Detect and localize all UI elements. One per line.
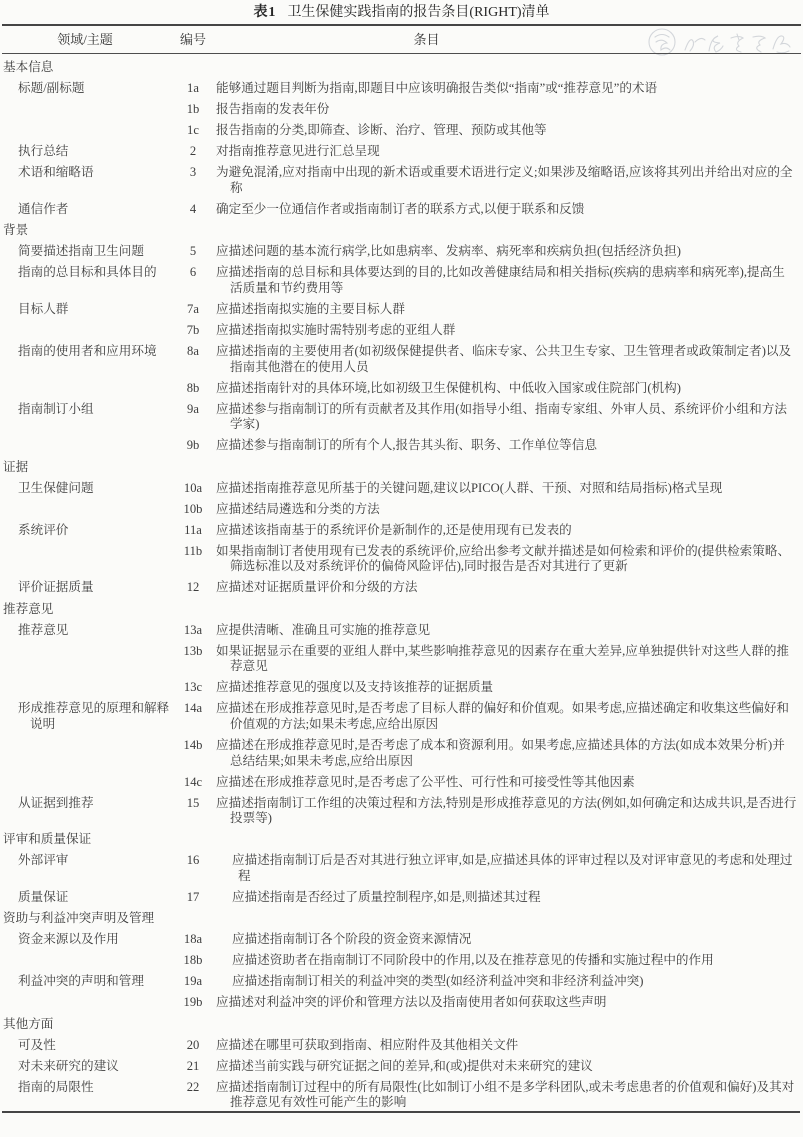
item-text-cell: 确定至少一位通信作者或指南制订者的联系方式,以便于联系和反馈 xyxy=(216,202,803,218)
item-number-cell: 11a xyxy=(170,523,216,539)
section-header: 基本信息 xyxy=(0,60,803,76)
table-caption-label: 表1 xyxy=(253,5,276,20)
domain-topic-cell xyxy=(0,953,170,969)
item-number-cell: 4 xyxy=(170,202,216,218)
item-text-cell: 为避免混淆,应对指南中出现的新术语或重要术语进行定义;如果涉及缩略语,应该将其列… xyxy=(216,165,803,196)
section-header: 评审和质量保证 xyxy=(0,832,803,848)
item-number-cell: 13b xyxy=(170,644,216,675)
table-top-rule xyxy=(2,24,801,26)
item-text-cell: 如果证据显示在重要的亚组人群中,某些影响推荐意见的因素存在重大差异,应单独提供针… xyxy=(216,644,803,675)
domain-topic-cell: 指南制订小组 xyxy=(0,402,170,433)
item-text-cell: 应描述资助者在指南制订不同阶段中的作用,以及在推荐意见的传播和实施过程中的作用 xyxy=(216,953,803,969)
table-row: 质量保证17应描述指南是否经过了质量控制程序,如是,则描述其过程 xyxy=(0,890,803,906)
item-number-cell: 18b xyxy=(170,953,216,969)
item-number-cell: 10a xyxy=(170,481,216,497)
item-text-cell: 对指南推荐意见进行汇总呈现 xyxy=(216,144,803,160)
item-text-cell: 应描述指南制订工作组的决策过程和方法,特别是形成推荐意见的方法(例如,如何确定和… xyxy=(216,796,803,827)
table-row: 从证据到推荐15应描述指南制订工作组的决策过程和方法,特别是形成推荐意见的方法(… xyxy=(0,796,803,827)
domain-topic-cell: 质量保证 xyxy=(0,890,170,906)
table-caption-text: 卫生保健实践指南的报告条目(RIGHT)清单 xyxy=(287,5,549,20)
table-row: 目标人群7a应描述指南拟实施的主要目标人群 xyxy=(0,302,803,318)
item-text-cell: 应描述指南是否经过了质量控制程序,如是,则描述其过程 xyxy=(216,890,803,906)
table-row: 通信作者4确定至少一位通信作者或指南制订者的联系方式,以便于联系和反馈 xyxy=(0,202,803,218)
item-number-cell: 3 xyxy=(170,165,216,196)
table-row: 指南的使用者和应用环境8a应描述指南的主要使用者(如初级保健提供者、临床专家、公… xyxy=(0,344,803,375)
item-text-cell: 如果指南制订者使用现有已发表的系统评价,应给出参考文献并描述是如何检索和评价的(… xyxy=(216,544,803,575)
item-number-cell: 8b xyxy=(170,381,216,397)
item-text-cell: 应描述参与指南制订的所有贡献者及其作用(如指导小组、指南专家组、外审人员、系统评… xyxy=(216,402,803,433)
item-text-cell: 应描述当前实践与研究证据之间的差异,和(或)提供对未来研究的建议 xyxy=(216,1059,803,1075)
domain-topic-cell: 执行总结 xyxy=(0,144,170,160)
item-number-cell: 17 xyxy=(170,890,216,906)
table-body: 基本信息标题/副标题1a能够通过题目判断为指南,即题目中应该明确报告类似“指南”… xyxy=(0,54,803,1111)
section-header: 资助与利益冲突声明及管理 xyxy=(0,911,803,927)
item-text-cell: 应描述在形成推荐意见时,是否考虑了公平性、可行性和可接受性等其他因素 xyxy=(216,775,803,791)
item-number-cell: 13a xyxy=(170,623,216,639)
item-number-cell: 8a xyxy=(170,344,216,375)
item-text-cell: 应描述在形成推荐意见时,是否考虑了目标人群的偏好和价值观。如果考虑,应描述确定和… xyxy=(216,701,803,732)
item-text-cell: 应描述结局遴选和分类的方法 xyxy=(216,502,803,518)
item-text-cell: 应描述对证据质量评价和分级的方法 xyxy=(216,580,803,596)
table-row: 7b应描述指南拟实施时需特别考虑的亚组人群 xyxy=(0,323,803,339)
domain-topic-cell: 简要描述指南卫生问题 xyxy=(0,244,170,260)
item-number-cell: 12 xyxy=(170,580,216,596)
table-row: 简要描述指南卫生问题5应描述问题的基本流行病学,比如患病率、发病率、病死率和疾病… xyxy=(0,244,803,260)
table-row: 卫生保健问题10a应描述指南推荐意见所基于的关键问题,建议以PICO(人群、干预… xyxy=(0,481,803,497)
table-row: 指南的局限性22应描述指南制订过程中的所有局限性(比如制订小组不是多学科团队,或… xyxy=(0,1080,803,1111)
domain-topic-cell xyxy=(0,381,170,397)
item-number-cell: 15 xyxy=(170,796,216,827)
table-header-rule xyxy=(2,53,801,54)
item-number-cell: 1b xyxy=(170,102,216,118)
table-row: 14b应描述在形成推荐意见时,是否考虑了成本和资源利用。如果考虑,应描述具体的方… xyxy=(0,738,803,769)
domain-topic-cell xyxy=(0,544,170,575)
table-row: 指南制订小组9a应描述参与指南制订的所有贡献者及其作用(如指导小组、指南专家组、… xyxy=(0,402,803,433)
table-row: 10b应描述结局遴选和分类的方法 xyxy=(0,502,803,518)
item-text-cell: 报告指南的发表年份 xyxy=(216,102,803,118)
item-number-cell: 19b xyxy=(170,995,216,1011)
domain-topic-cell xyxy=(0,738,170,769)
domain-topic-cell: 系统评价 xyxy=(0,523,170,539)
column-header-domain-topic: 领域/主题 xyxy=(0,33,170,47)
item-number-cell: 22 xyxy=(170,1080,216,1111)
item-number-cell: 9b xyxy=(170,438,216,454)
item-text-cell: 应描述对利益冲突的评价和管理方法以及指南使用者如何获取这些声明 xyxy=(216,995,803,1011)
item-number-cell: 9a xyxy=(170,402,216,433)
table-row: 术语和缩略语3为避免混淆,应对指南中出现的新术语或重要术语进行定义;如果涉及缩略… xyxy=(0,165,803,196)
domain-topic-cell: 指南的局限性 xyxy=(0,1080,170,1111)
domain-topic-cell: 指南的使用者和应用环境 xyxy=(0,344,170,375)
table-row: 资金来源以及作用18a应描述指南制订各个阶段的资金资来源情况 xyxy=(0,932,803,948)
domain-topic-cell xyxy=(0,995,170,1011)
section-header: 证据 xyxy=(0,460,803,476)
item-number-cell: 14a xyxy=(170,701,216,732)
table-row: 评价证据质量12应描述对证据质量评价和分级的方法 xyxy=(0,580,803,596)
domain-topic-cell: 目标人群 xyxy=(0,302,170,318)
item-text-cell: 应提供清晰、准确且可实施的推荐意见 xyxy=(216,623,803,639)
item-text-cell: 应描述指南的总目标和具体要达到的目的,比如改善健康结局和相关指标(疾病的患病率和… xyxy=(216,265,803,296)
domain-topic-cell xyxy=(0,438,170,454)
domain-topic-cell: 利益冲突的声明和管理 xyxy=(0,974,170,990)
item-number-cell: 13c xyxy=(170,680,216,696)
item-text-cell: 应描述参与指南制订的所有个人,报告其头衔、职务、工作单位等信息 xyxy=(216,438,803,454)
item-number-cell: 20 xyxy=(170,1038,216,1054)
table-row: 9b应描述参与指南制订的所有个人,报告其头衔、职务、工作单位等信息 xyxy=(0,438,803,454)
domain-topic-cell: 资金来源以及作用 xyxy=(0,932,170,948)
item-text-cell: 应描述指南制订相关的利益冲突的类型(如经济利益冲突和非经济利益冲突) xyxy=(216,974,803,990)
table-row: 对未来研究的建议21应描述当前实践与研究证据之间的差异,和(或)提供对未来研究的… xyxy=(0,1059,803,1075)
table-row: 利益冲突的声明和管理19a应描述指南制订相关的利益冲突的类型(如经济利益冲突和非… xyxy=(0,974,803,990)
column-header-item: 条目 xyxy=(216,33,803,47)
item-number-cell: 7b xyxy=(170,323,216,339)
table-row: 11b如果指南制订者使用现有已发表的系统评价,应给出参考文献并描述是如何检索和评… xyxy=(0,544,803,575)
table-caption: 表1卫生保健实践指南的报告条目(RIGHT)清单 xyxy=(0,0,803,21)
item-text-cell: 应描述指南的主要使用者(如初级保健提供者、临床专家、公共卫生专家、卫生管理者或政… xyxy=(216,344,803,375)
item-number-cell: 18a xyxy=(170,932,216,948)
table-row: 1c报告指南的分类,即筛查、诊断、治疗、管理、预防或其他等 xyxy=(0,123,803,139)
table-row: 13c应描述推荐意见的强度以及支持该推荐的证据质量 xyxy=(0,680,803,696)
item-number-cell: 7a xyxy=(170,302,216,318)
item-number-cell: 14b xyxy=(170,738,216,769)
domain-topic-cell: 标题/副标题 xyxy=(0,81,170,97)
item-text-cell: 应描述在形成推荐意见时,是否考虑了成本和资源利用。如果考虑,应描述具体的方法(如… xyxy=(216,738,803,769)
domain-topic-cell xyxy=(0,323,170,339)
domain-topic-cell: 指南的总目标和具体目的 xyxy=(0,265,170,296)
table-header-row: 领域/主题 编号 条目 xyxy=(0,26,803,53)
table-row: 外部评审16应描述指南制订后是否对其进行独立评审,如是,应描述具体的评审过程以及… xyxy=(0,853,803,884)
section-header: 背景 xyxy=(0,223,803,239)
table-row: 1b报告指南的发表年份 xyxy=(0,102,803,118)
domain-topic-cell: 术语和缩略语 xyxy=(0,165,170,196)
item-text-cell: 应描述指南制订后是否对其进行独立评审,如是,应描述具体的评审过程以及对评审意见的… xyxy=(216,853,803,884)
section-header: 推荐意见 xyxy=(0,602,803,618)
item-text-cell: 应描述指南制订各个阶段的资金资来源情况 xyxy=(216,932,803,948)
table-row: 推荐意见13a应提供清晰、准确且可实施的推荐意见 xyxy=(0,623,803,639)
item-text-cell: 应描述该指南基于的系统评价是新制作的,还是使用现有已发表的 xyxy=(216,523,803,539)
domain-topic-cell: 对未来研究的建议 xyxy=(0,1059,170,1075)
domain-topic-cell xyxy=(0,775,170,791)
domain-topic-cell xyxy=(0,502,170,518)
table-row: 14c应描述在形成推荐意见时,是否考虑了公平性、可行性和可接受性等其他因素 xyxy=(0,775,803,791)
table-row: 19b应描述对利益冲突的评价和管理方法以及指南使用者如何获取这些声明 xyxy=(0,995,803,1011)
table-row: 18b应描述资助者在指南制订不同阶段中的作用,以及在推荐意见的传播和实施过程中的… xyxy=(0,953,803,969)
table-row: 标题/副标题1a能够通过题目判断为指南,即题目中应该明确报告类似“指南”或“推荐… xyxy=(0,81,803,97)
table-row: 系统评价11a应描述该指南基于的系统评价是新制作的,还是使用现有已发表的 xyxy=(0,523,803,539)
item-text-cell: 应描述指南拟实施的主要目标人群 xyxy=(216,302,803,318)
domain-topic-cell xyxy=(0,644,170,675)
item-number-cell: 2 xyxy=(170,144,216,160)
domain-topic-cell: 评价证据质量 xyxy=(0,580,170,596)
domain-topic-cell: 卫生保健问题 xyxy=(0,481,170,497)
table-row: 执行总结2对指南推荐意见进行汇总呈现 xyxy=(0,144,803,160)
item-number-cell: 19a xyxy=(170,974,216,990)
item-number-cell: 11b xyxy=(170,544,216,575)
domain-topic-cell: 外部评审 xyxy=(0,853,170,884)
item-text-cell: 应描述问题的基本流行病学,比如患病率、发病率、病死率和疾病负担(包括经济负担) xyxy=(216,244,803,260)
item-number-cell: 14c xyxy=(170,775,216,791)
item-text-cell: 应描述指南拟实施时需特别考虑的亚组人群 xyxy=(216,323,803,339)
section-header: 其他方面 xyxy=(0,1017,803,1033)
column-header-number: 编号 xyxy=(170,33,216,47)
item-text-cell: 应描述在哪里可获取到指南、相应附件及其他相关文件 xyxy=(216,1038,803,1054)
item-number-cell: 16 xyxy=(170,853,216,884)
item-number-cell: 1a xyxy=(170,81,216,97)
domain-topic-cell: 形成推荐意见的原理和解释说明 xyxy=(0,701,170,732)
domain-topic-cell: 推荐意见 xyxy=(0,623,170,639)
domain-topic-cell: 可及性 xyxy=(0,1038,170,1054)
item-text-cell: 应描述指南针对的具体环境,比如初级卫生保健机构、中低收入国家或住院部门(机构) xyxy=(216,381,803,397)
table-row: 13b如果证据显示在重要的亚组人群中,某些影响推荐意见的因素存在重大差异,应单独… xyxy=(0,644,803,675)
table-row: 8b应描述指南针对的具体环境,比如初级卫生保健机构、中低收入国家或住院部门(机构… xyxy=(0,381,803,397)
item-number-cell: 5 xyxy=(170,244,216,260)
item-number-cell: 6 xyxy=(170,265,216,296)
item-text-cell: 应描述指南推荐意见所基于的关键问题,建议以PICO(人群、干预、对照和结局指标)… xyxy=(216,481,803,497)
item-number-cell: 1c xyxy=(170,123,216,139)
domain-topic-cell xyxy=(0,680,170,696)
table-bottom-rule xyxy=(2,1111,800,1113)
table-row: 形成推荐意见的原理和解释说明14a应描述在形成推荐意见时,是否考虑了目标人群的偏… xyxy=(0,701,803,732)
domain-topic-cell xyxy=(0,102,170,118)
item-number-cell: 10b xyxy=(170,502,216,518)
item-text-cell: 能够通过题目判断为指南,即题目中应该明确报告类似“指南”或“推荐意见”的术语 xyxy=(216,81,803,97)
item-number-cell: 21 xyxy=(170,1059,216,1075)
table-row: 指南的总目标和具体目的6应描述指南的总目标和具体要达到的目的,比如改善健康结局和… xyxy=(0,265,803,296)
item-text-cell: 报告指南的分类,即筛查、诊断、治疗、管理、预防或其他等 xyxy=(216,123,803,139)
domain-topic-cell: 通信作者 xyxy=(0,202,170,218)
document-page: 表1卫生保健实践指南的报告条目(RIGHT)清单 领域/主题 编号 条目 基本信… xyxy=(0,0,803,1137)
table-row: 可及性20应描述在哪里可获取到指南、相应附件及其他相关文件 xyxy=(0,1038,803,1054)
item-text-cell: 应描述指南制订过程中的所有局限性(比如制订小组不是多学科团队,或未考虑患者的价值… xyxy=(216,1080,803,1111)
domain-topic-cell xyxy=(0,123,170,139)
domain-topic-cell: 从证据到推荐 xyxy=(0,796,170,827)
item-text-cell: 应描述推荐意见的强度以及支持该推荐的证据质量 xyxy=(216,680,803,696)
